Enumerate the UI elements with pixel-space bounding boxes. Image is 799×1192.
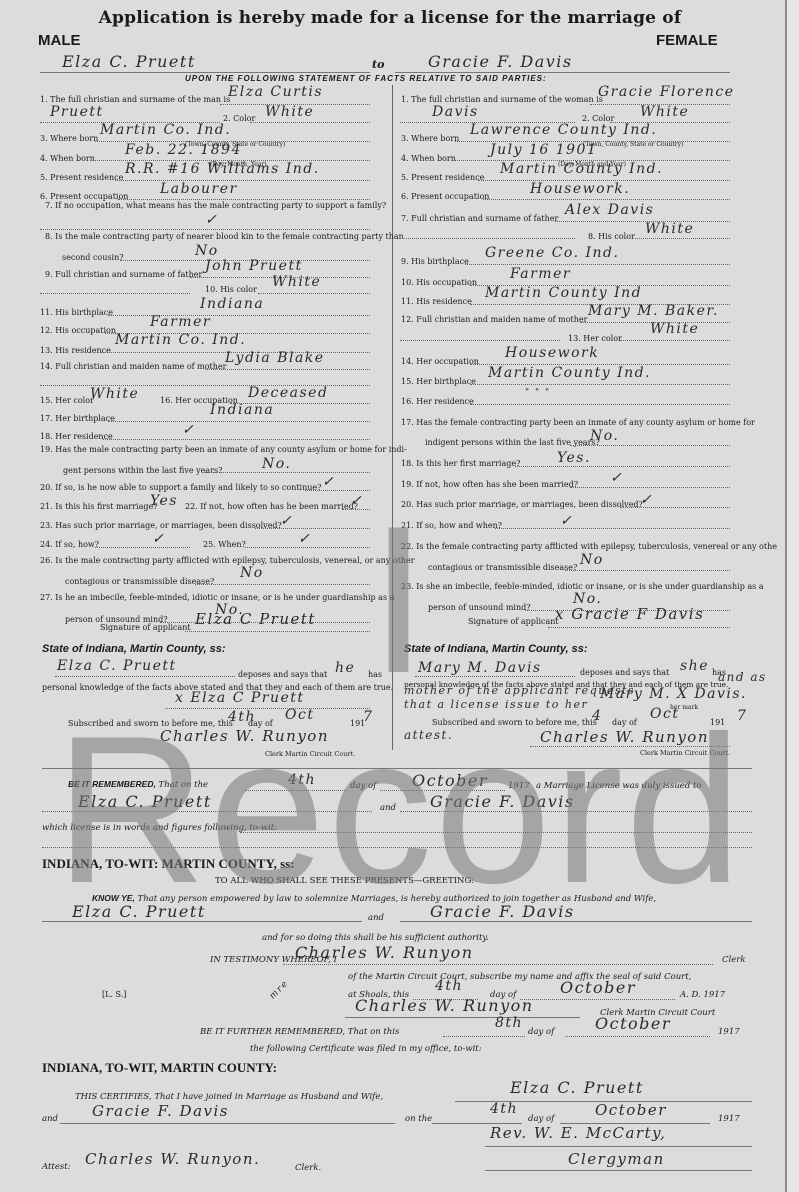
male-q10-value: White <box>272 274 321 290</box>
female-q21-value: ✓ <box>560 513 573 529</box>
certificate-attest-signature: Charles W. Runyon. <box>85 1150 260 1168</box>
male-q15-value: White <box>90 386 139 402</box>
female-affidavit-deposes: deposes and says that <box>580 668 669 677</box>
female-q18-value: Yes. <box>557 450 591 466</box>
male-q6-label: 6. Present occupation <box>40 192 128 201</box>
female-q3-value: Lawrence County Ind. <box>470 122 657 138</box>
male-q5-value: R.R. #16 Williams Ind. <box>125 161 320 177</box>
female-affidavit-heading: State of Indiana, Martin County, ss: <box>404 643 588 655</box>
certificate-certifies: THIS CERTIFIES, That I have joined in Ma… <box>75 1092 383 1102</box>
female-q1-value: Gracie Florence <box>598 84 735 100</box>
female-sworn-day-of: day of <box>612 718 637 727</box>
male-sworn-year-suffix: 7 <box>363 709 373 725</box>
female-sworn-month: Oct <box>650 706 679 722</box>
license-clerk-word: Clerk <box>722 955 745 965</box>
female-q3-label: 3. Where born <box>401 134 459 143</box>
remembered-lead: BE IT REMEMBERED, <box>68 779 156 789</box>
male-q14-label: 14. Full christian and maiden name of mo… <box>40 362 226 371</box>
female-q22-label2: contagious or transmissible disease? <box>428 563 577 572</box>
page-edge <box>785 0 787 1192</box>
female-q17-label: 17. Has the female contracting party bee… <box>401 418 755 427</box>
female-q12-label: 12. Full christian and maiden name of mo… <box>401 315 587 324</box>
male-q10-label: 10. His color <box>205 285 257 294</box>
certificate-day: 4th <box>490 1101 518 1117</box>
page-margin <box>787 0 799 1192</box>
female-affidavit-pronoun: she <box>680 658 709 674</box>
female-q2-value: White <box>640 104 689 120</box>
remembered-bride: Gracie F. Davis <box>430 792 575 811</box>
male-q4-value: Feb. 22. 1894 <box>125 142 242 158</box>
female-sworn-day: 4 <box>592 708 602 724</box>
female-clerk-title: Clerk Martin Circuit Court. <box>640 749 730 757</box>
female-q13-label: 13. Her color <box>568 334 622 343</box>
certificate-bride: Gracie F. Davis <box>92 1102 229 1120</box>
remembered-groom: Elza C. Pruett <box>78 792 212 811</box>
female-q8-label: 8. His color <box>588 232 635 241</box>
female-q19-value: ✓ <box>610 470 623 486</box>
license-court-text: of the Martin Circuit Court, subscribe m… <box>348 972 691 982</box>
female-q13-value: White <box>650 321 699 337</box>
female-q5-value: Martin County Ind. <box>500 161 663 177</box>
male-q26-label: 26. Is the male contracting party afflic… <box>40 556 415 565</box>
license-margin-note: mre <box>268 978 291 1001</box>
male-q14-value: Lydia Blake <box>225 350 325 366</box>
further-text: the following Certificate was filed in m… <box>250 1044 482 1054</box>
male-clerk-title: Clerk Martin Circuit Court. <box>265 750 355 758</box>
license-day: 4th <box>435 978 463 994</box>
female-q1-value2: Davis <box>432 104 479 120</box>
remembered-text1: That on the <box>159 780 209 790</box>
male-q25-value: ✓ <box>298 531 311 547</box>
certificate-officiant-title: Clergyman <box>568 1150 665 1168</box>
male-clerk-signature: Charles W. Runyon <box>160 727 329 745</box>
male-q19-label2: gent persons within the last five years? <box>63 466 222 475</box>
female-q12-value: Mary M. Baker. <box>588 303 719 319</box>
male-q18-value: ✓ <box>182 422 195 438</box>
marriage-license-document: Application is hereby made for a license… <box>0 0 799 1192</box>
male-q22-label: 22. If not, how often has he been marrie… <box>185 502 358 511</box>
remembered-text2: a Marriage License was duly issued to <box>536 781 702 791</box>
license-clerk-signature: Charles W. Runyon <box>355 996 534 1015</box>
female-q10-value: Farmer <box>510 266 571 282</box>
female-q3-hint: (Town, County, State or Country) <box>583 141 683 148</box>
female-q23-label2: person of unsound mind? <box>428 603 531 612</box>
license-ad: A. D. 1917 <box>680 990 725 1000</box>
section-separator <box>42 768 752 769</box>
female-q5-label: 5. Present residence <box>401 173 484 182</box>
male-q16-value: Deceased <box>248 385 328 401</box>
male-affidavit-pronoun: he <box>335 660 355 676</box>
remembered-day: 4th <box>288 772 316 788</box>
male-q7-label: 7. If no occupation, what means has the … <box>45 201 386 210</box>
certificate-day-of: day of <box>528 1114 554 1124</box>
female-signature: x Gracie F Davis <box>555 605 704 623</box>
female-clerk-signature: Charles W. Runyon <box>540 728 709 746</box>
female-q4-value: July 16 1901 <box>490 142 597 158</box>
male-affidavit-signature: x Elza C Pruett <box>175 690 305 706</box>
male-affidavit-deposes: deposes and says that <box>238 670 327 679</box>
female-q18-label: 18. Is this her first marriage? <box>401 459 520 468</box>
male-sworn-month: Oct <box>285 707 314 723</box>
male-q5-label: 5. Present residence <box>40 173 123 182</box>
male-q17-label: 17. Her birthplace <box>40 414 115 423</box>
to-label: to <box>372 58 384 71</box>
male-q1-value2: Pruett <box>50 104 104 120</box>
female-q9-label: 9. His birthplace <box>401 257 469 266</box>
female-q11-label: 11. His residence <box>401 297 472 306</box>
male-q18-label: 18. Her residence <box>40 432 113 441</box>
male-q21-value: Yes <box>150 493 178 509</box>
male-q25-label: 25. When? <box>203 540 246 549</box>
license-know-text: That any person empowered by law to sole… <box>138 894 657 904</box>
female-q15-value: Martin County Ind. <box>488 365 651 381</box>
male-q26-value: No <box>240 565 264 581</box>
male-q20-label: 20. If so, is he now able to support a f… <box>40 483 321 492</box>
female-q22-label: 22. Is the female contracting party affl… <box>401 542 777 551</box>
female-q6-label: 6. Present occupation <box>401 192 489 201</box>
certificate-attest-clerk: Clerk. <box>295 1163 321 1173</box>
female-q16-value: " " " <box>525 388 551 398</box>
female-sworn-year-suffix: 7 <box>737 708 747 724</box>
further-year: 1917 <box>718 1027 740 1037</box>
male-signature: Elza C Pruett <box>195 610 316 628</box>
male-q24-label: 24. If so, how? <box>40 540 99 549</box>
license-clerk-name: Charles W. Runyon <box>295 943 474 962</box>
female-q10-label: 10. His occupation <box>401 278 477 287</box>
certificate-groom: Elza C. Pruett <box>510 1078 644 1097</box>
male-q2-value: White <box>265 104 314 120</box>
further-month: October <box>595 1014 671 1033</box>
certificate-heading: INDIANA, TO-WIT, MARTIN COUNTY: <box>42 1060 277 1076</box>
license-groom: Elza C. Pruett <box>72 902 206 921</box>
certificate-and: and <box>42 1114 58 1124</box>
female-q7-value: Alex Davis <box>565 202 654 218</box>
column-divider <box>392 85 393 750</box>
license-month: October <box>560 978 636 997</box>
remembered-year: 1917 <box>508 781 530 791</box>
male-name: Elza C. Pruett <box>62 52 196 71</box>
license-and: and <box>368 913 384 923</box>
statement-heading: UPON THE FOLLOWING STATEMENT OF FACTS RE… <box>185 74 547 83</box>
female-q14-value: Housework <box>505 345 599 361</box>
document-title: Application is hereby made for a license… <box>0 8 780 28</box>
license-bride: Gracie F. Davis <box>430 902 575 921</box>
female-sworn-year-prefix: 191 <box>710 718 725 727</box>
female-q20-value: ✓ <box>640 492 653 508</box>
female-q14-label: 14. Her occupation <box>401 357 479 366</box>
female-q9-value: Greene Co. Ind. <box>485 245 619 261</box>
male-q23-label: 23. Has such prior marriage, or marriage… <box>40 521 282 530</box>
male-q8-label2: second cousin? <box>62 253 124 262</box>
female-q21-label: 21. If so, how and when? <box>401 521 502 530</box>
male-q23-value: ✓ <box>280 513 293 529</box>
male-q17-value: Indiana <box>210 402 274 418</box>
further-lead: BE IT FURTHER REMEMBERED, That on this <box>200 1027 399 1037</box>
male-q13-label: 13. His residence <box>40 346 111 355</box>
female-mark-signature: Mary M. X Davis. <box>600 686 747 702</box>
male-signature-label: Signature of applicant <box>100 623 191 632</box>
female-q19-label: 19. If not, how often has she been marri… <box>401 480 578 489</box>
male-q6-value: Labourer <box>160 181 238 197</box>
female-q22-value: No <box>580 552 604 568</box>
remembered-month: October <box>412 771 488 790</box>
male-q13-value: Martin Co. Ind. <box>115 332 246 348</box>
license-authority: and for so doing this shall be his suffi… <box>262 933 489 943</box>
male-q4-label: 4. When born <box>40 154 95 163</box>
further-day-of: day of <box>528 1027 554 1037</box>
male-q20-value: ✓ <box>322 474 335 490</box>
male-q24-value: ✓ <box>152 531 165 547</box>
male-q7-value: ✓ <box>205 212 218 228</box>
male-affidavit-deponent: Elza C. Pruett <box>57 658 177 674</box>
certificate-attest-label: Attest: <box>42 1162 71 1172</box>
female-q23-label: 23. Is she an imbecile, feeble-minded, i… <box>401 582 764 591</box>
female-q7-label: 7. Full christian and surname of father <box>401 214 558 223</box>
male-q3-value: Martin Co. Ind. <box>100 122 231 138</box>
further-day: 8th <box>495 1015 523 1031</box>
male-q26-label2: contagious or transmissible disease? <box>65 577 214 586</box>
female-q11-value: Martin County Ind <box>485 285 642 301</box>
license-seal: [L. S.] <box>102 990 126 999</box>
male-q9-label: 9. Full christian and surname of father <box>45 270 202 279</box>
license-heading: INDIANA, TO-WIT: MARTIN COUNTY, ss: <box>42 856 295 872</box>
female-affidavit-addendum3: that a license issue to her <box>404 698 588 711</box>
female-affidavit-addendum1: and as <box>718 670 767 684</box>
female-q16-label: 16. Her residence <box>401 397 474 406</box>
male-q19-label: 19. Has the male contracting party been … <box>40 445 407 454</box>
male-q12-value: Farmer <box>150 314 211 330</box>
male-q9-value: John Pruett <box>205 258 303 274</box>
male-q19-value: No. <box>262 456 291 472</box>
license-greeting: TO ALL WHO SHALL SEE THESE PRESENTS—GREE… <box>215 876 474 886</box>
certificate-on-the: on the <box>405 1114 432 1124</box>
female-attest: attest. <box>404 728 453 742</box>
male-affidavit-has: has <box>368 670 382 679</box>
male-q8-label: 8. Is the male contracting party of near… <box>45 232 404 241</box>
female-q15-label: 15. Her birthplace <box>401 377 476 386</box>
female-signature-label: Signature of applicant <box>468 617 559 626</box>
female-name: Gracie F. Davis <box>428 52 573 71</box>
male-q11-value: Indiana <box>200 296 264 312</box>
male-q3-label: 3. Where born <box>40 134 98 143</box>
male-q27-label: 27. Is he an imbecile, feeble-minded, id… <box>40 593 394 602</box>
male-q11-label: 11. His birthplace <box>40 308 113 317</box>
remembered-day-of: day of <box>350 781 376 791</box>
male-affidavit-heading: State of Indiana, Martin County, ss: <box>42 643 226 655</box>
female-label: FEMALE <box>656 32 718 49</box>
male-q15-label: 15. Her color <box>40 396 94 405</box>
male-q22-value: ✓ <box>350 493 363 509</box>
male-q8-value: No <box>195 243 219 259</box>
female-q17-value: No. <box>590 428 619 444</box>
female-q4-label: 4. When born <box>401 154 456 163</box>
male-label: MALE <box>38 32 81 49</box>
male-q1-value: Elza Curtis <box>228 84 323 100</box>
remembered-and: and <box>380 803 396 813</box>
female-sworn-label: Subscribed and sworn to before me, this <box>432 718 597 727</box>
certificate-month: October <box>595 1101 667 1119</box>
male-q1-label: 1. The full christian and surname of the… <box>40 95 230 104</box>
female-affidavit-deponent: Mary M. Davis <box>418 660 542 676</box>
female-q6-value: Housework. <box>530 181 630 197</box>
certificate-year: 1917 <box>718 1114 740 1124</box>
male-q21-label: 21. Is this his first marriage? <box>40 502 158 511</box>
female-q20-label: 20. Has such prior marriage, or marriage… <box>401 500 643 509</box>
certificate-officiant: Rev. W. E. McCarty, <box>490 1124 666 1142</box>
female-q8-value: White <box>645 221 694 237</box>
female-q1-label: 1. The full christian and surname of the… <box>401 95 603 104</box>
